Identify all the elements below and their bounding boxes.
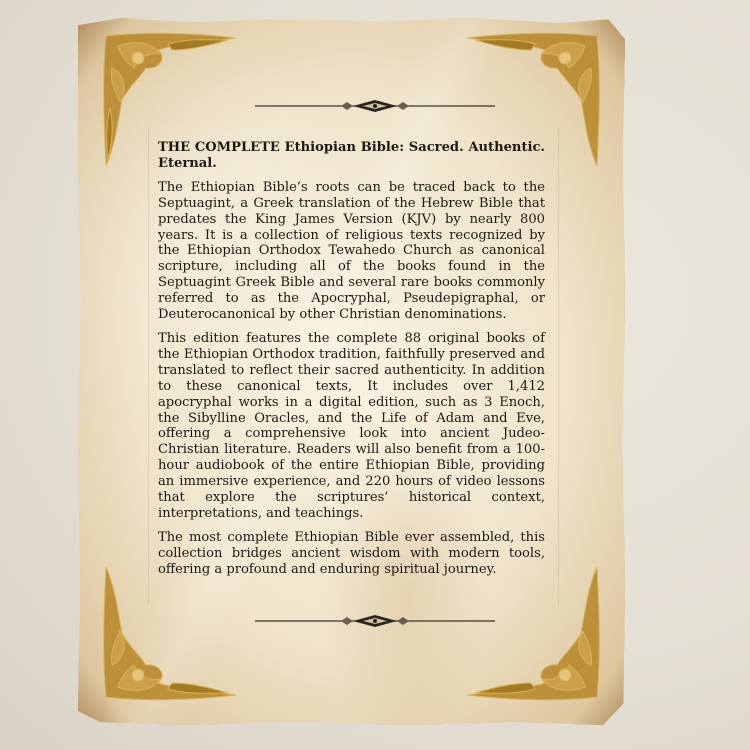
gold-filigree-corner-bottom-right-icon [465, 565, 605, 705]
bottom-flourish-divider-icon [255, 613, 495, 627]
gold-filigree-corner-bottom-left-icon [98, 565, 238, 705]
document-body: THE COMPLETE Ethiopian Bible: Sacred. Au… [158, 140, 545, 586]
paragraph-origins: The Ethiopian Bible’s roots can be trace… [158, 180, 545, 323]
paragraph-edition: This edition features the complete 88 or… [158, 331, 545, 522]
paragraph-closing: The most complete Ethiopian Bible ever a… [158, 530, 545, 578]
document-title: THE COMPLETE Ethiopian Bible: Sacred. Au… [158, 140, 545, 172]
faded-column-line [148, 128, 149, 605]
top-flourish-divider-icon [255, 98, 495, 112]
faded-column-line [558, 128, 559, 605]
